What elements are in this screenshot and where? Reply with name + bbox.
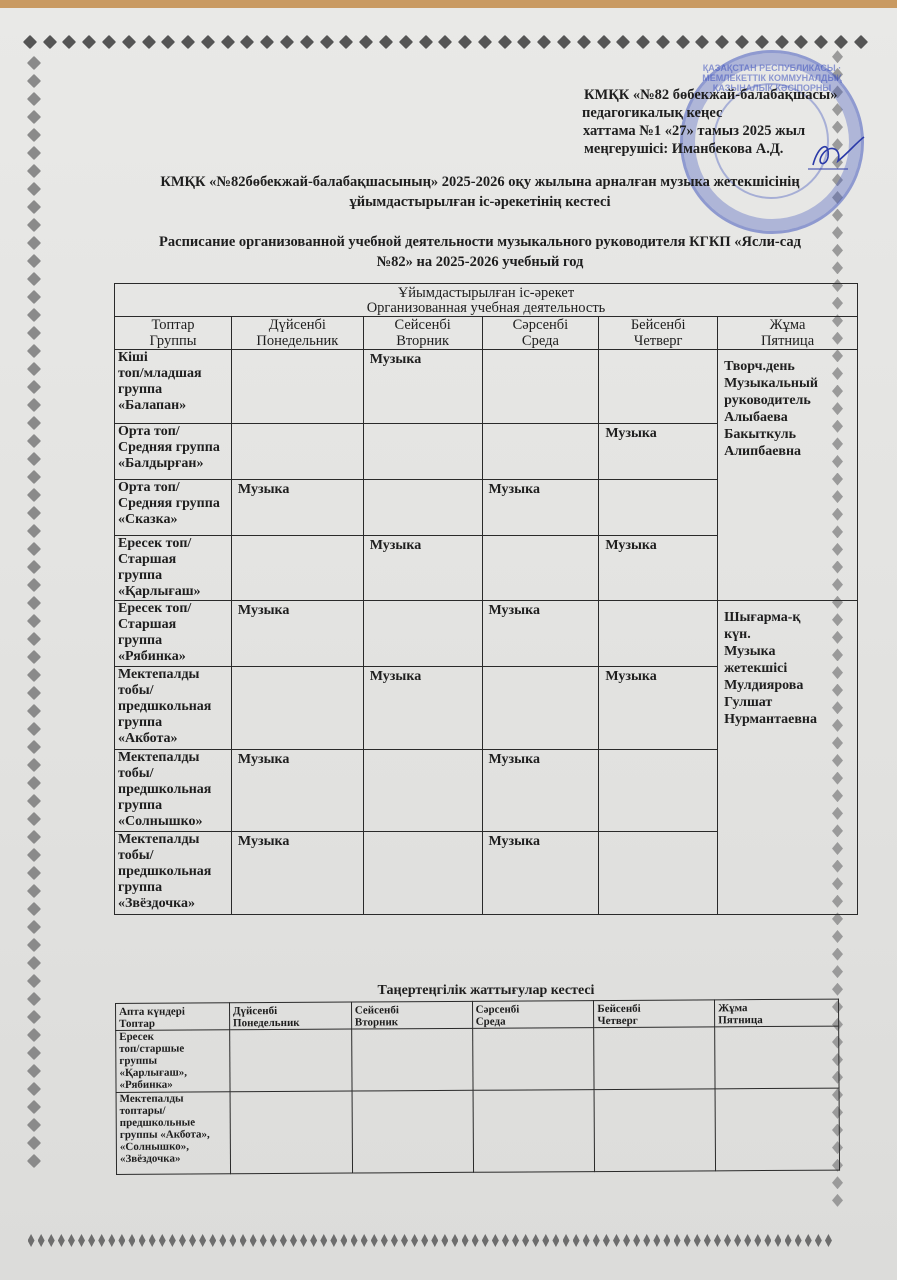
morning-cell bbox=[472, 1028, 594, 1091]
header-kz: Сәрсенбі bbox=[476, 1003, 591, 1016]
diamond-ornament-icon bbox=[755, 35, 769, 49]
diamond-ornament-icon bbox=[27, 1010, 41, 1024]
group-name-line: Орта топ/ bbox=[118, 424, 228, 440]
header-ru: Группы bbox=[118, 333, 228, 349]
diamond-ornament-icon bbox=[270, 1234, 277, 1247]
diamond-ornament-icon bbox=[458, 35, 472, 49]
diamond-ornament-icon bbox=[502, 1234, 509, 1247]
diamond-ornament-icon bbox=[118, 1234, 125, 1247]
diamond-ornament-icon bbox=[663, 1234, 670, 1247]
header-kz: Апта күндері bbox=[119, 1005, 226, 1018]
diamond-ornament-icon bbox=[704, 1234, 711, 1247]
approval-council: педагогикалық кеңес bbox=[582, 104, 837, 122]
diamond-ornament-icon bbox=[379, 35, 393, 49]
diamond-ornament-icon bbox=[399, 35, 413, 49]
diamond-ornament-icon bbox=[492, 1234, 499, 1247]
morning-cell bbox=[473, 1090, 595, 1173]
diamond-ornament-icon bbox=[27, 884, 41, 898]
diamond-ornament-icon bbox=[27, 830, 41, 844]
diamond-ornament-icon bbox=[139, 1234, 146, 1247]
diamond-ornament-icon bbox=[27, 812, 41, 826]
diamond-ornament-icon bbox=[27, 1136, 41, 1150]
morning-header-row: Апта күндеріТоптарДүйсенбіПонедельникСей… bbox=[116, 999, 839, 1030]
schedule-cell-mon bbox=[231, 350, 363, 424]
schedule-cell-mon: Музыка bbox=[231, 480, 363, 536]
diamond-ornament-icon bbox=[128, 1234, 135, 1247]
approval-protocol: хаттама №1 «27» тамыз 2025 жыл bbox=[583, 122, 837, 140]
diamond-ornament-icon bbox=[108, 1234, 115, 1247]
diamond-ornament-icon bbox=[825, 1234, 832, 1247]
group-name-line: «Балапан» bbox=[118, 398, 228, 414]
diamond-ornament-icon bbox=[179, 1234, 186, 1247]
group-name-line: «Солнышко» bbox=[118, 814, 228, 830]
table-header-row: ТоптарГруппыДүйсенбіПонедельникСейсенбіВ… bbox=[115, 317, 858, 350]
diamond-ornament-icon bbox=[542, 1234, 549, 1247]
group-name-cell: Ересек топ/Старшаягруппа«Рябинка» bbox=[115, 601, 232, 667]
morning-cell bbox=[230, 1091, 352, 1174]
diamond-ornament-icon bbox=[557, 35, 571, 49]
diamond-ornament-icon bbox=[27, 1046, 41, 1060]
diamond-ornament-icon bbox=[159, 1234, 166, 1247]
friday-block-line: Музыкальный bbox=[724, 375, 854, 392]
morning-group-cell: Мектепалдытоптары/предшкольныегруппы «Ак… bbox=[116, 1092, 230, 1175]
table-caption: Ұйымдастырылған іс-әрекет Организованная… bbox=[115, 284, 858, 317]
header-ru: Вторник bbox=[367, 333, 479, 349]
diamond-ornament-icon bbox=[27, 488, 41, 502]
diamond-ornament-icon bbox=[48, 1234, 55, 1247]
diamond-ornament-icon bbox=[537, 35, 551, 49]
diamond-ornament-icon bbox=[27, 200, 41, 214]
diamond-ornament-icon bbox=[832, 1194, 843, 1207]
group-name-cell: Мектепалдытобы/предшкольнаягруппа«Солныш… bbox=[115, 750, 232, 832]
group-name-line: «Звёздочка» bbox=[120, 1152, 227, 1165]
header-ru: Вторник bbox=[355, 1016, 469, 1029]
diamond-ornament-icon bbox=[774, 1234, 781, 1247]
diamond-ornament-icon bbox=[58, 1234, 65, 1247]
friday-block-line: Творч.день bbox=[724, 358, 854, 375]
diamond-ornament-icon bbox=[27, 776, 41, 790]
schedule-cell-mon: Музыка bbox=[231, 832, 363, 915]
diamond-ornament-icon bbox=[27, 1100, 41, 1114]
diamond-ornament-icon bbox=[320, 1234, 327, 1247]
schedule-cell-mon bbox=[231, 667, 363, 750]
diamond-ornament-icon bbox=[832, 50, 843, 63]
friday-block-line: Алипбаевна bbox=[724, 443, 854, 460]
diamond-ornament-icon bbox=[199, 1234, 206, 1247]
diamond-ornament-icon bbox=[330, 1234, 337, 1247]
diamond-ornament-icon bbox=[320, 35, 334, 49]
friday-block-line: руководитель bbox=[724, 392, 854, 409]
approval-org: КМҚК «№82 бөбекжай-балабақшасы» bbox=[584, 86, 837, 104]
schedule-cell-mon: Музыка bbox=[231, 750, 363, 832]
diamond-ornament-icon bbox=[27, 704, 41, 718]
diamond-ornament-icon bbox=[201, 35, 215, 49]
group-name-cell: Кішітоп/младшаягруппа«Балапан» bbox=[115, 350, 232, 424]
group-name-line: группы «Акбота», bbox=[120, 1128, 227, 1141]
schedule-cell-tue bbox=[363, 832, 482, 915]
caption-ru: Организованная учебная деятельность bbox=[115, 301, 857, 316]
diamond-ornament-icon bbox=[27, 362, 41, 376]
diamond-ornament-icon bbox=[794, 35, 808, 49]
diamond-ornament-icon bbox=[27, 416, 41, 430]
diamond-ornament-icon bbox=[27, 596, 41, 610]
diamond-ornament-icon bbox=[27, 686, 41, 700]
diamond-ornament-icon bbox=[603, 1234, 610, 1247]
diamond-ornament-icon bbox=[27, 92, 41, 106]
diamond-ornament-icon bbox=[832, 1176, 843, 1189]
morning-group-cell: Ересектоп/старшыегруппы«Қарлығаш»,«Рябин… bbox=[116, 1030, 230, 1093]
column-header: БейсенбіЧетверг bbox=[599, 317, 718, 350]
schedule-cell-tue bbox=[363, 480, 482, 536]
diamond-ornament-icon bbox=[653, 1234, 660, 1247]
group-name-cell: Орта топ/Средняя группа«Сказка» bbox=[115, 480, 232, 536]
title-ru-line2: №82» на 2025-2026 учебный год bbox=[100, 252, 860, 272]
morning-cell bbox=[351, 1028, 472, 1091]
diamond-ornament-icon bbox=[339, 35, 353, 49]
group-name-line: группа bbox=[118, 715, 228, 731]
diamond-ornament-icon bbox=[832, 930, 843, 943]
schedule-cell-wed bbox=[482, 536, 599, 601]
group-name-line: Ересек топ/ bbox=[118, 536, 228, 552]
diamond-ornament-icon bbox=[577, 35, 591, 49]
diamond-ornament-icon bbox=[744, 1234, 751, 1247]
header-ru: Четверг bbox=[597, 1014, 711, 1027]
diamond-ornament-icon bbox=[724, 1234, 731, 1247]
diamond-ornament-icon bbox=[62, 35, 76, 49]
schedule-cell-wed: Музыка bbox=[482, 832, 599, 915]
header-kz: Дүйсенбі bbox=[235, 317, 360, 333]
diamond-ornament-icon bbox=[27, 722, 41, 736]
schedule-cell-thu: Музыка bbox=[599, 536, 718, 601]
diamond-ornament-icon bbox=[250, 1234, 257, 1247]
schedule-cell-thu bbox=[599, 601, 718, 667]
morning-column-header: СейсенбіВторник bbox=[351, 1001, 472, 1029]
schedule-cell-tue: Музыка bbox=[363, 667, 482, 750]
diamond-ornament-icon bbox=[715, 35, 729, 49]
group-name-cell: Мектепалдытобы/предшкольнаягруппа«Акбота… bbox=[115, 667, 232, 750]
header-ru: Понедельник bbox=[233, 1017, 348, 1030]
group-name-line: Средняя группа bbox=[118, 440, 228, 456]
diamond-ornament-icon bbox=[27, 254, 41, 268]
schedule-cell-tue bbox=[363, 424, 482, 480]
group-name-line: «Сказка» bbox=[118, 512, 228, 528]
diamond-ornament-icon bbox=[674, 1234, 681, 1247]
friday-block-line: Алыбаева bbox=[724, 409, 854, 426]
group-name-line: Мектепалды bbox=[120, 1092, 227, 1105]
diamond-ornament-icon bbox=[27, 74, 41, 88]
diamond-ornament-icon bbox=[764, 1234, 771, 1247]
schedule-cell-wed: Музыка bbox=[482, 750, 599, 832]
group-name-line: Старшая bbox=[118, 552, 228, 568]
diamond-ornament-icon bbox=[27, 128, 41, 142]
group-name-line: топ/старшые bbox=[119, 1042, 226, 1055]
group-name-line: Ересек bbox=[119, 1030, 226, 1043]
diamond-ornament-icon bbox=[181, 35, 195, 49]
group-name-line: «Акбота» bbox=[118, 731, 228, 747]
schedule-cell-mon bbox=[231, 424, 363, 480]
schedule-cell-thu bbox=[599, 832, 718, 915]
diamond-ornament-icon bbox=[219, 1234, 226, 1247]
document-title-ru: Расписание организованной учебной деятел… bbox=[100, 232, 860, 272]
group-name-line: «Рябинка» bbox=[119, 1078, 226, 1091]
diamond-ornament-icon bbox=[300, 1234, 307, 1247]
diamond-ornament-icon bbox=[381, 1234, 388, 1247]
diamond-ornament-icon bbox=[27, 290, 41, 304]
diamond-ornament-icon bbox=[27, 344, 41, 358]
header-ru: Пятница bbox=[721, 333, 854, 349]
header-kz: Бейсенбі bbox=[602, 317, 714, 333]
group-name-line: тобы/ bbox=[118, 683, 228, 699]
diamond-ornament-icon bbox=[359, 35, 373, 49]
diamond-ornament-icon bbox=[532, 1234, 539, 1247]
diamond-ornament-icon bbox=[221, 35, 235, 49]
diamond-ornament-icon bbox=[27, 380, 41, 394]
diamond-ornament-icon bbox=[122, 35, 136, 49]
friday-block-line: Музыка bbox=[724, 643, 854, 660]
diamond-ornament-icon bbox=[27, 110, 41, 124]
diamond-ornament-icon bbox=[189, 1234, 196, 1247]
diamond-ornament-icon bbox=[512, 1234, 519, 1247]
diamond-ornament-icon bbox=[27, 1154, 41, 1168]
diamond-ornament-icon bbox=[27, 650, 41, 664]
diamond-ornament-icon bbox=[418, 35, 432, 49]
diamond-ornament-icon bbox=[517, 35, 531, 49]
group-name-line: Ересек топ/ bbox=[118, 601, 228, 617]
diamond-ornament-icon bbox=[695, 35, 709, 49]
diamond-ornament-icon bbox=[623, 1234, 630, 1247]
diamond-ornament-icon bbox=[754, 1234, 761, 1247]
diamond-ornament-icon bbox=[583, 1234, 590, 1247]
diamond-ornament-icon bbox=[834, 35, 848, 49]
diamond-ornament-icon bbox=[832, 965, 843, 978]
diamond-ornament-icon bbox=[27, 308, 41, 322]
group-name-cell: Орта топ/Средняя группа«Балдырған» bbox=[115, 424, 232, 480]
header-kz: Сейсенбі bbox=[367, 317, 479, 333]
column-header: СейсенбіВторник bbox=[363, 317, 482, 350]
group-name-line: тобы/ bbox=[118, 848, 228, 864]
morning-cell bbox=[352, 1090, 473, 1173]
schedule-cell-mon bbox=[231, 536, 363, 601]
decorative-border-top bbox=[20, 33, 871, 51]
group-name-line: предшкольная bbox=[118, 864, 228, 880]
diamond-ornament-icon bbox=[27, 794, 41, 808]
diamond-ornament-icon bbox=[676, 35, 690, 49]
morning-exercises-table: Апта күндеріТоптарДүйсенбіПонедельникСей… bbox=[115, 999, 840, 1175]
group-name-line: Мектепалды bbox=[118, 667, 228, 683]
morning-cell bbox=[594, 1027, 715, 1090]
diamond-ornament-icon bbox=[563, 1234, 570, 1247]
header-kz: Сәрсенбі bbox=[486, 317, 596, 333]
diamond-ornament-icon bbox=[795, 1234, 802, 1247]
diamond-ornament-icon bbox=[351, 1234, 358, 1247]
morning-column-header: ЖұмаПятница bbox=[715, 999, 839, 1027]
diamond-ornament-icon bbox=[27, 614, 41, 628]
friday-block-line: Шығарма-қ bbox=[724, 609, 854, 626]
schedule-cell-tue bbox=[363, 601, 482, 667]
diamond-ornament-icon bbox=[832, 948, 843, 961]
schedule-cell-thu: Музыка bbox=[599, 424, 718, 480]
column-header: ДүйсенбіПонедельник bbox=[231, 317, 363, 350]
diamond-ornament-icon bbox=[300, 35, 314, 49]
diamond-ornament-icon bbox=[573, 1234, 580, 1247]
group-name-line: Мектепалды bbox=[118, 750, 228, 766]
group-name-line: группа bbox=[118, 880, 228, 896]
diamond-ornament-icon bbox=[98, 1234, 105, 1247]
diamond-ornament-icon bbox=[522, 1234, 529, 1247]
diamond-ornament-icon bbox=[209, 1234, 216, 1247]
group-name-line: предшкольная bbox=[118, 699, 228, 715]
diamond-ornament-icon bbox=[613, 1234, 620, 1247]
diamond-ornament-icon bbox=[240, 35, 254, 49]
title-ru-line1: Расписание организованной учебной деятел… bbox=[100, 232, 860, 252]
schedule-cell-wed bbox=[482, 424, 599, 480]
column-header: ТоптарГруппы bbox=[115, 317, 232, 350]
diamond-ornament-icon bbox=[391, 1234, 398, 1247]
diamond-ornament-icon bbox=[694, 1234, 701, 1247]
diamond-ornament-icon bbox=[78, 1234, 85, 1247]
diamond-ornament-icon bbox=[814, 35, 828, 49]
diamond-ornament-icon bbox=[27, 326, 41, 340]
morning-column-header: БейсенбіЧетверг bbox=[594, 1000, 715, 1028]
diamond-ornament-icon bbox=[28, 1234, 35, 1247]
diamond-ornament-icon bbox=[260, 1234, 267, 1247]
group-name-line: Кіші bbox=[118, 350, 228, 366]
diamond-ornament-icon bbox=[593, 1234, 600, 1247]
morning-cell bbox=[715, 1026, 839, 1089]
diamond-ornament-icon bbox=[260, 35, 274, 49]
diamond-ornament-icon bbox=[775, 35, 789, 49]
schedule-cell-tue: Музыка bbox=[363, 350, 482, 424]
group-name-line: топ/младшая bbox=[118, 366, 228, 382]
header-ru: Понедельник bbox=[235, 333, 360, 349]
group-name-line: группа bbox=[118, 798, 228, 814]
diamond-ornament-icon bbox=[441, 1234, 448, 1247]
diamond-ornament-icon bbox=[27, 542, 41, 556]
schedule-cell-tue: Музыка bbox=[363, 536, 482, 601]
approval-block: КМҚК «№82 бөбекжай-балабақшасы» педагоги… bbox=[584, 86, 837, 158]
header-kz: Жұма bbox=[721, 317, 854, 333]
diamond-ornament-icon bbox=[27, 218, 41, 232]
group-name-line: «Қарлығаш», bbox=[119, 1066, 226, 1079]
group-name-line: «Қарлығаш» bbox=[118, 584, 228, 600]
schedule-cell-wed bbox=[482, 350, 599, 424]
diamond-ornament-icon bbox=[340, 1234, 347, 1247]
diamond-ornament-icon bbox=[27, 56, 41, 70]
group-name-line: группа bbox=[118, 382, 228, 398]
table-row: Кішітоп/младшаягруппа«Балапан»МузыкаТвор… bbox=[115, 350, 858, 424]
diamond-ornament-icon bbox=[142, 35, 156, 49]
diamond-ornament-icon bbox=[27, 470, 41, 484]
diamond-ornament-icon bbox=[27, 398, 41, 412]
morning-column-header: СәрсенбіСреда bbox=[472, 1001, 594, 1029]
group-name-cell: Ересек топ/Старшаягруппа«Қарлығаш» bbox=[115, 536, 232, 601]
schedule-cell-wed: Музыка bbox=[482, 480, 599, 536]
schedule-cell-thu bbox=[599, 480, 718, 536]
diamond-ornament-icon bbox=[636, 35, 650, 49]
schedule-cell-wed: Музыка bbox=[482, 601, 599, 667]
document-title-kz: КМҚК «№82бөбекжай-балабақшасының» 2025-2… bbox=[100, 172, 860, 212]
diamond-ornament-icon bbox=[27, 992, 41, 1006]
morning-row: Ересектоп/старшыегруппы«Қарлығаш»,«Рябин… bbox=[116, 1026, 839, 1092]
diamond-ornament-icon bbox=[82, 35, 96, 49]
title-kz-line1: КМҚК «№82бөбекжай-балабақшасының» 2025-2… bbox=[100, 172, 860, 192]
diamond-ornament-icon bbox=[68, 1234, 75, 1247]
header-ru: Среда bbox=[476, 1015, 591, 1028]
group-name-line: «Рябинка» bbox=[118, 649, 228, 665]
diamond-ornament-icon bbox=[482, 1234, 489, 1247]
group-name-line: Средняя группа bbox=[118, 496, 228, 512]
header-ru: Четверг bbox=[602, 333, 714, 349]
diamond-ornament-icon bbox=[27, 668, 41, 682]
diamond-ornament-icon bbox=[714, 1234, 721, 1247]
diamond-ornament-icon bbox=[27, 560, 41, 574]
diamond-ornament-icon bbox=[27, 920, 41, 934]
diamond-ornament-icon bbox=[361, 1234, 368, 1247]
group-name-line: тобы/ bbox=[118, 766, 228, 782]
diamond-ornament-icon bbox=[27, 146, 41, 160]
header-kz: Жұма bbox=[718, 1002, 835, 1015]
music-schedule-table: Ұйымдастырылған іс-әрекет Организованная… bbox=[114, 283, 858, 915]
group-name-line: группа bbox=[118, 633, 228, 649]
diamond-ornament-icon bbox=[27, 1118, 41, 1132]
morning-cell bbox=[715, 1088, 839, 1171]
friday-block: Шығарма-қкүн.МузыкажетекшісіМулдияроваГу… bbox=[718, 601, 858, 915]
diamond-ornament-icon bbox=[27, 632, 41, 646]
header-kz: Топтар bbox=[118, 317, 228, 333]
diamond-ornament-icon bbox=[371, 1234, 378, 1247]
group-name-line: «Солнышко», bbox=[120, 1140, 227, 1153]
diamond-ornament-icon bbox=[102, 35, 116, 49]
group-name-line: группы bbox=[119, 1054, 226, 1067]
diamond-ornament-icon bbox=[734, 1234, 741, 1247]
diamond-ornament-icon bbox=[438, 35, 452, 49]
diamond-ornament-icon bbox=[27, 506, 41, 520]
morning-column-header: ДүйсенбіПонедельник bbox=[229, 1002, 351, 1030]
friday-block-line: Мулдиярова bbox=[724, 677, 854, 694]
diamond-ornament-icon bbox=[431, 1234, 438, 1247]
diamond-ornament-icon bbox=[161, 35, 175, 49]
caption-kz: Ұйымдастырылған іс-әрекет bbox=[115, 286, 857, 301]
diamond-ornament-icon bbox=[27, 848, 41, 862]
diamond-ornament-icon bbox=[240, 1234, 247, 1247]
morning-row: Мектепалдытоптары/предшкольныегруппы «Ак… bbox=[116, 1088, 839, 1174]
diamond-ornament-icon bbox=[785, 1234, 792, 1247]
header-kz: Бейсенбі bbox=[597, 1002, 711, 1015]
schedule-cell-thu: Музыка bbox=[599, 667, 718, 750]
friday-block-line: Гулшат bbox=[724, 694, 854, 711]
diamond-ornament-icon bbox=[280, 1234, 287, 1247]
diamond-ornament-icon bbox=[596, 35, 610, 49]
group-name-line: Мектепалды bbox=[118, 832, 228, 848]
diamond-ornament-icon bbox=[735, 35, 749, 49]
header-kz: Дүйсенбі bbox=[233, 1005, 348, 1018]
diamond-ornament-icon bbox=[27, 434, 41, 448]
diamond-ornament-icon bbox=[27, 956, 41, 970]
morning-column-header: Апта күндеріТоптар bbox=[116, 1003, 230, 1031]
header-ru: Пятница bbox=[718, 1014, 835, 1027]
diamond-ornament-icon bbox=[169, 1234, 176, 1247]
diamond-ornament-icon bbox=[27, 452, 41, 466]
diamond-ornament-icon bbox=[43, 35, 57, 49]
friday-block-line: күн. bbox=[724, 626, 854, 643]
column-header: СәрсенбіСреда bbox=[482, 317, 599, 350]
diamond-ornament-icon bbox=[27, 1028, 41, 1042]
diamond-ornament-icon bbox=[832, 68, 843, 81]
header-ru: Топтар bbox=[119, 1017, 226, 1030]
diamond-ornament-icon bbox=[421, 1234, 428, 1247]
diamond-ornament-icon bbox=[27, 272, 41, 286]
diamond-ornament-icon bbox=[229, 1234, 236, 1247]
